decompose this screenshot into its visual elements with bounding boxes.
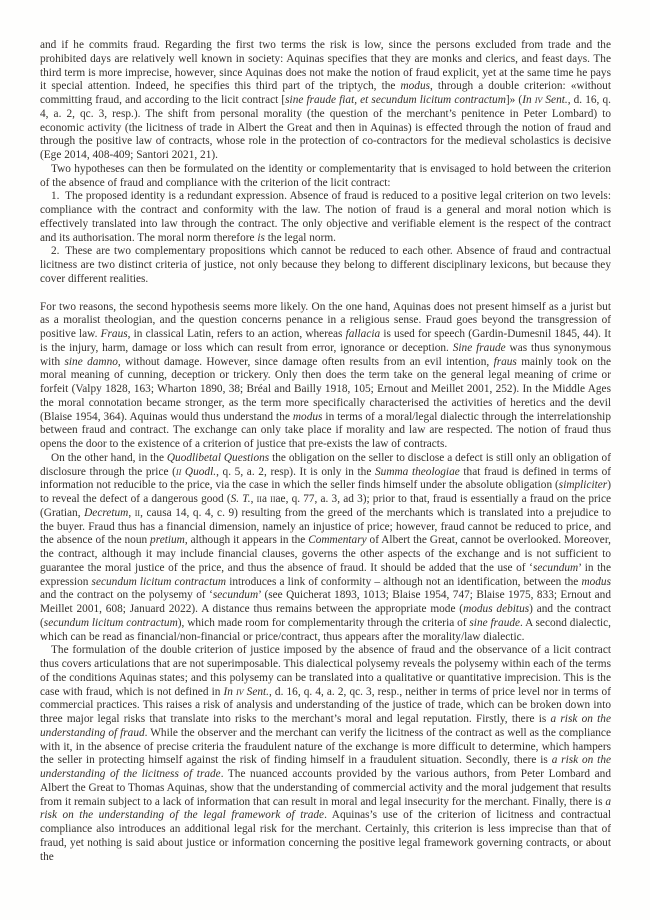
text-run: sine fraude	[469, 617, 520, 629]
paragraph: On the other hand, in the Quodlibetal Qu…	[40, 452, 611, 645]
text-run: Quodl.	[181, 466, 216, 478]
paragraph: 2. These are two complementary propositi…	[40, 245, 611, 286]
text-run: is	[257, 232, 265, 244]
text-run: , although it appears in the	[185, 534, 308, 546]
text-run: ), which made room for complementarity t…	[178, 617, 470, 629]
text-run: On the other hand, in the	[51, 452, 167, 464]
text-run: ]» (	[506, 94, 522, 106]
text-run: In	[522, 94, 535, 106]
paragraph: Two hypotheses can then be formulated on…	[40, 163, 611, 191]
text-run: iv	[236, 686, 244, 698]
text-run: Commentary	[308, 534, 366, 546]
text-run: Sent.	[542, 94, 567, 106]
text-run: modus debitus	[463, 603, 529, 615]
text-run: simpliciter	[559, 479, 607, 491]
text-run: , without damage. However, since damage …	[118, 356, 494, 368]
paragraph: The formulation of the double criterion …	[40, 644, 611, 864]
text-run: pretium	[150, 534, 185, 546]
text-run: Quodlibetal Questions	[167, 452, 269, 464]
text-run: secundum licitum contractum	[92, 576, 227, 588]
text-run: fraus	[494, 356, 517, 368]
text-run: modus	[293, 411, 323, 423]
text-run: sine fraude fiat, et secundum licitum co…	[285, 94, 506, 106]
text-run: and the contract on the polysemy of ‘	[40, 589, 213, 601]
page-text: and if he commits fraud. Regarding the f…	[40, 39, 611, 864]
text-run: Fraus	[101, 328, 128, 340]
paragraph: 1. The proposed identity is a redundant …	[40, 190, 611, 245]
text-run: Sent.	[244, 686, 269, 698]
text-run: Two hypotheses can then be formulated on…	[40, 163, 611, 189]
text-run: secundum licitum contractum	[44, 617, 178, 629]
text-run: In	[223, 686, 236, 698]
text-run: S. T.	[231, 493, 251, 505]
page: and if he commits fraud. Regarding the f…	[0, 0, 650, 920]
text-run: secundum	[533, 562, 578, 574]
text-run: , in classical Latin, refers to an actio…	[128, 328, 346, 340]
text-run: Summa theologiae	[375, 466, 460, 478]
paragraph: and if he commits fraud. Regarding the f…	[40, 39, 611, 163]
text-run: Decretum	[84, 507, 128, 519]
text-run: modus	[400, 80, 430, 92]
paragraph: For two reasons, the second hypothesis s…	[40, 301, 611, 452]
text-run: sine damno	[65, 356, 118, 368]
text-run: Sine fraude	[453, 342, 506, 354]
text-run: fallacia	[346, 328, 381, 340]
text-run: modus	[581, 576, 611, 588]
text-run: the legal norm.	[265, 232, 336, 244]
text-run: secundum	[213, 589, 258, 601]
text-run: , q. 5, a. 2, resp). It is only in the	[216, 466, 375, 478]
text-run: a	[262, 493, 270, 505]
text-run: 2. These are two complementary propositi…	[40, 245, 611, 285]
text-run: introduces a link of conformity – althou…	[226, 576, 581, 588]
